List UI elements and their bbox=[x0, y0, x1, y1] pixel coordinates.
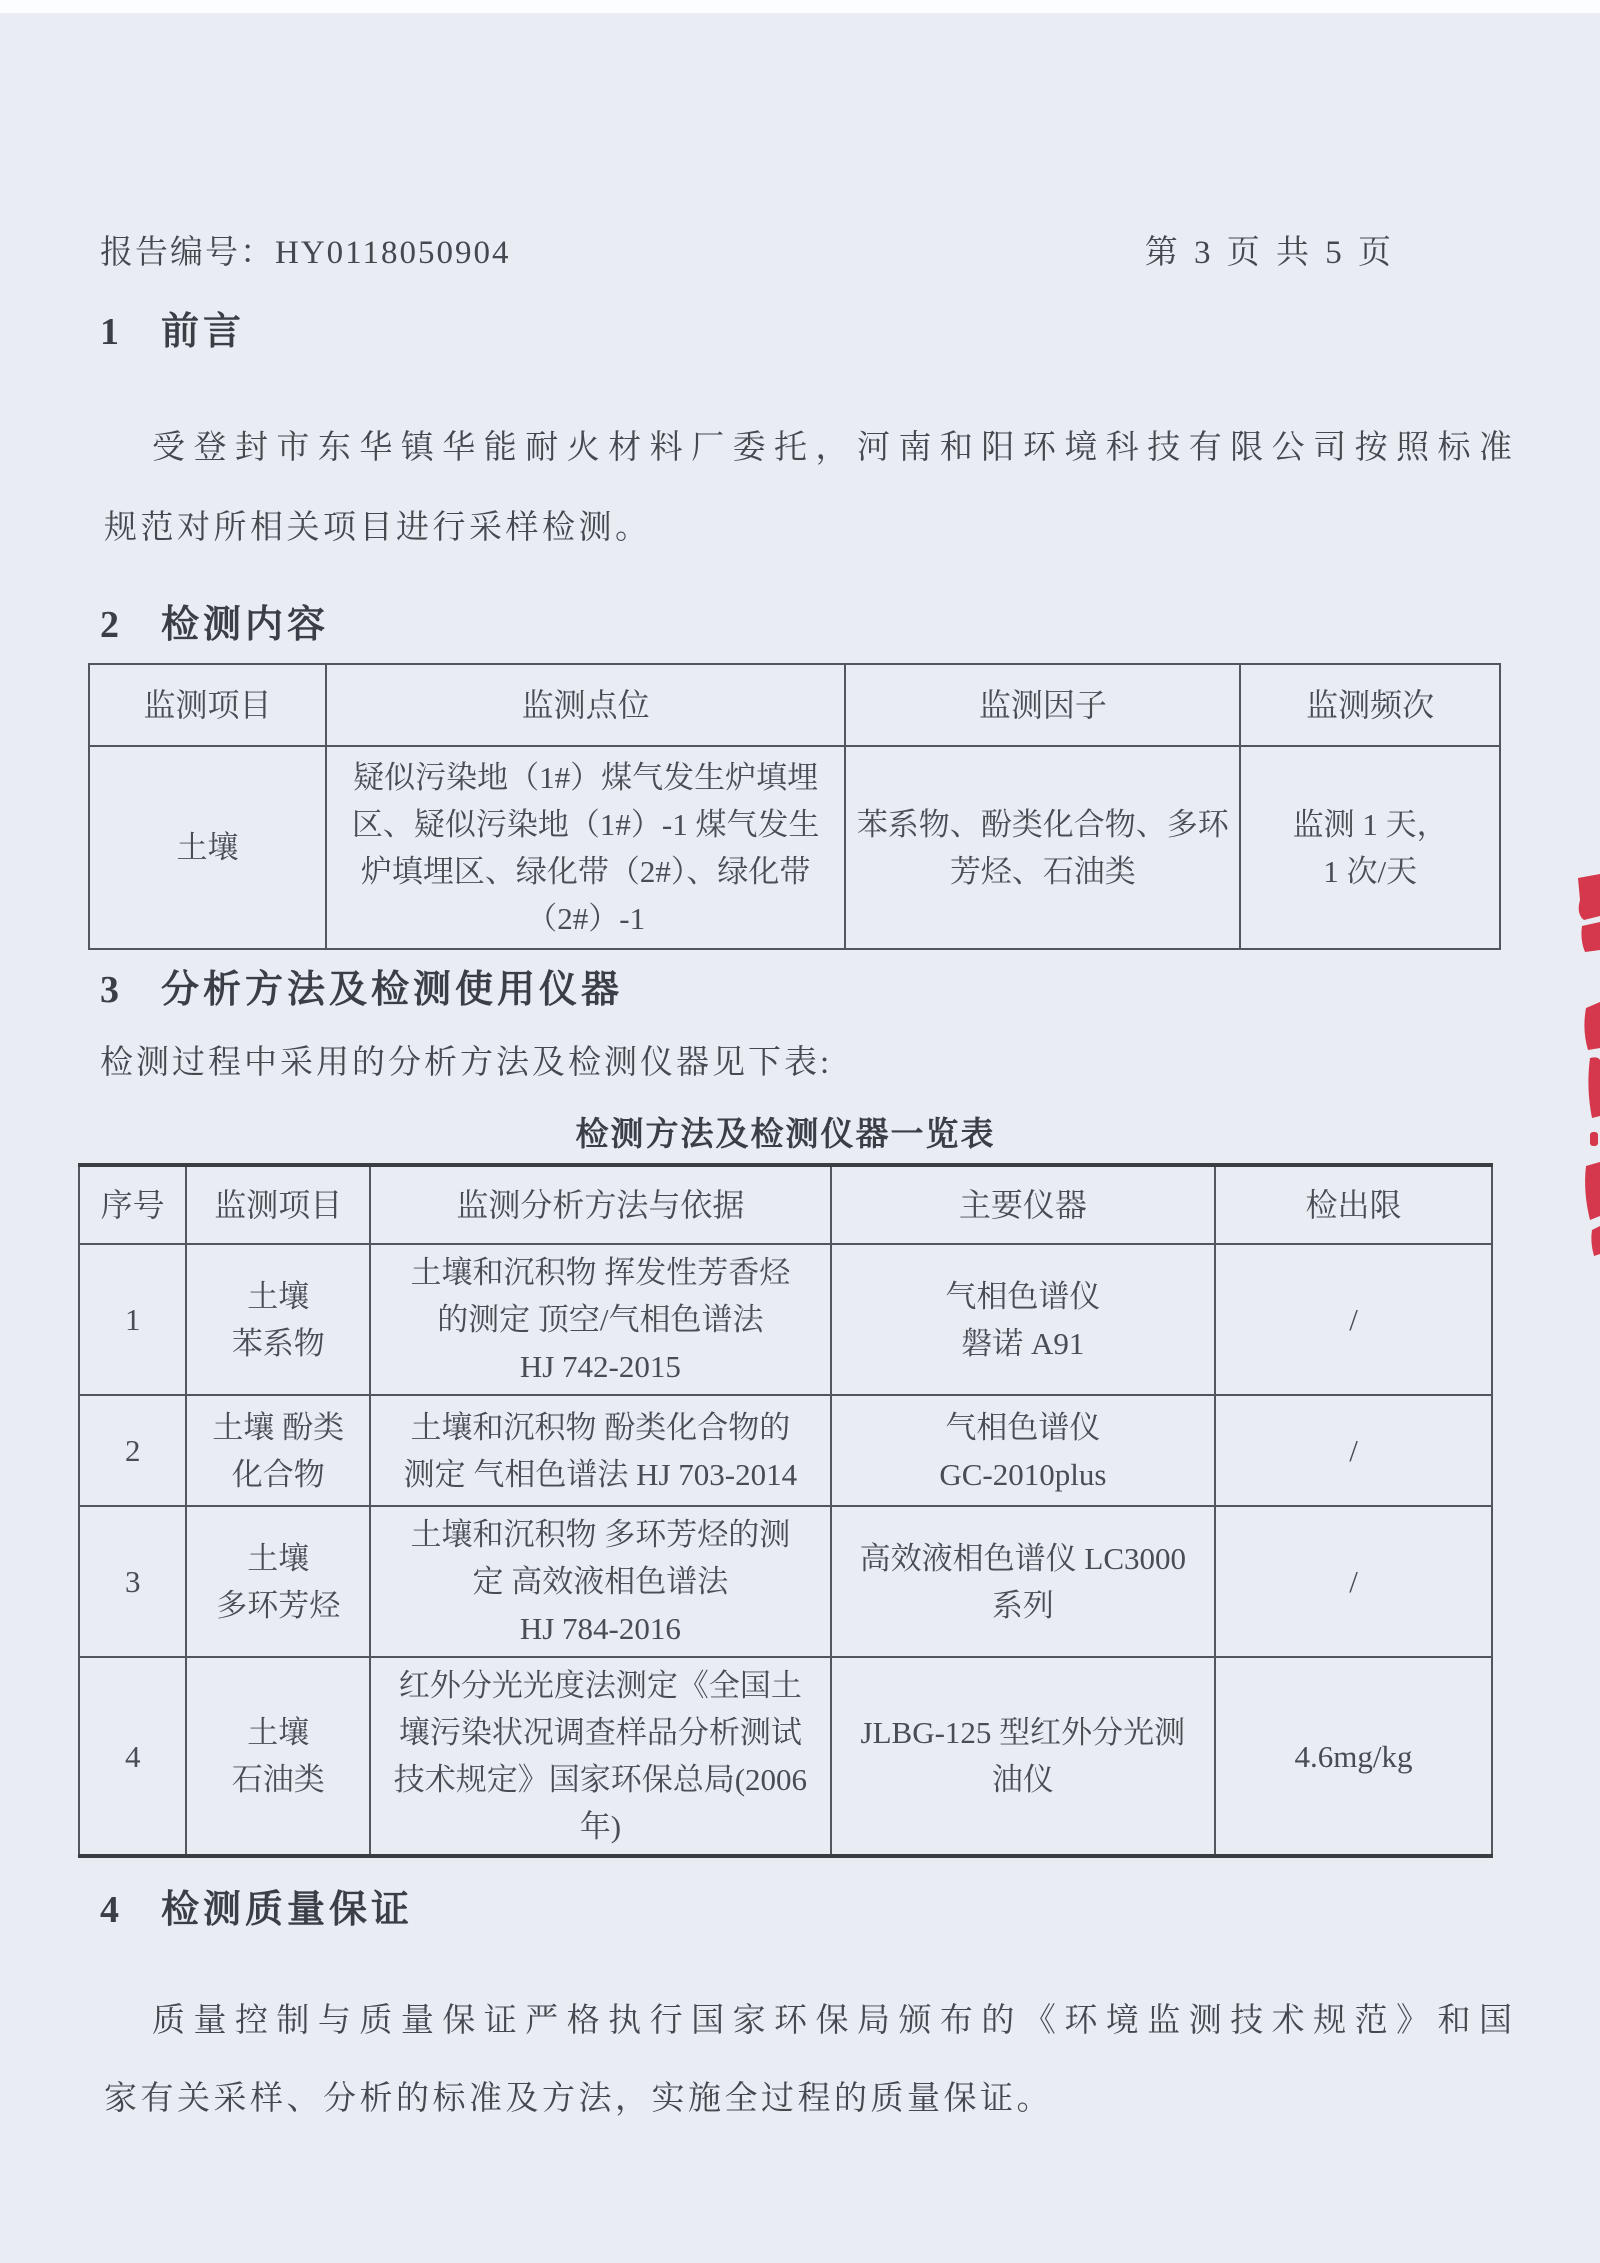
table-row: 土壤 疑似污染地（1#）煤气发生炉填埋 区、疑似污染地（1#）-1 煤气发生 炉… bbox=[89, 746, 1500, 949]
cell-no: 1 bbox=[79, 1244, 186, 1395]
table-row: 4 土壤 石油类 红外分光光度法测定《全国土 壤污染状况调查样品分析测试 技术规… bbox=[79, 1657, 1492, 1856]
col-header-factors: 监测因子 bbox=[845, 664, 1240, 746]
cell-limit: 4.6mg/kg bbox=[1215, 1657, 1492, 1856]
cell-method: 土壤和沉积物 挥发性芳香烃 的测定 顶空/气相色谱法 HJ 742-2015 bbox=[370, 1244, 831, 1395]
section-1-number: 1 bbox=[100, 310, 119, 354]
col-header-method: 监测分析方法与依据 bbox=[370, 1165, 831, 1244]
col-header-frequency: 监测频次 bbox=[1240, 664, 1500, 746]
section-1-heading: 1前言 bbox=[100, 300, 245, 355]
table-row: 1 土壤 苯系物 土壤和沉积物 挥发性芳香烃 的测定 顶空/气相色谱法 HJ 7… bbox=[79, 1244, 1492, 1395]
cell-frequency: 监测 1 天， 1 次/天 bbox=[1240, 746, 1500, 949]
cell-instrument: 高效液相色谱仪 LC3000 系列 bbox=[831, 1506, 1215, 1657]
cell-item: 土壤 bbox=[89, 746, 326, 949]
report-number: 报告编号：HY0118050904 bbox=[100, 226, 510, 273]
red-seal-fragment bbox=[1540, 870, 1600, 1260]
preface-paragraph-line-1: 受登封市东华镇华能耐火材料厂委托，河南和阳环境科技有限公司按照标准 bbox=[152, 423, 1512, 473]
col-header-points: 监测点位 bbox=[326, 664, 845, 746]
scanned-report-page: 报告编号：HY0118050904 第 3 页 共 5 页 1前言 受登封市东华… bbox=[0, 0, 1600, 2263]
methods-instruments-table: 序号 监测项目 监测分析方法与依据 主要仪器 检出限 1 土壤 苯系物 土壤和沉… bbox=[78, 1163, 1493, 1858]
cell-no: 2 bbox=[79, 1395, 186, 1506]
section-2-title: 检测内容 bbox=[161, 604, 329, 646]
cell-method: 土壤和沉积物 多环芳烃的测 定 高效液相色谱法 HJ 784-2016 bbox=[370, 1506, 831, 1657]
table-header-row: 监测项目 监测点位 监测因子 监测频次 bbox=[89, 664, 1500, 746]
section-2-heading: 2检测内容 bbox=[100, 593, 329, 648]
cell-no: 3 bbox=[79, 1506, 186, 1657]
cell-instrument: 气相色谱仪 磐诺 A91 bbox=[831, 1244, 1215, 1395]
section-4-heading: 4检测质量保证 bbox=[100, 1878, 413, 1933]
section-3-heading: 3分析方法及检测使用仪器 bbox=[100, 958, 623, 1013]
cell-points: 疑似污染地（1#）煤气发生炉填埋 区、疑似污染地（1#）-1 煤气发生 炉填埋区… bbox=[326, 746, 845, 949]
cell-method: 土壤和沉积物 酚类化合物的 测定 气相色谱法 HJ 703-2014 bbox=[370, 1395, 831, 1506]
page-indicator: 第 3 页 共 5 页 bbox=[1145, 226, 1395, 273]
col-header-no: 序号 bbox=[79, 1165, 186, 1244]
cell-limit: / bbox=[1215, 1506, 1492, 1657]
cell-factors: 苯系物、酚类化合物、多环 芳烃、石油类 bbox=[845, 746, 1240, 949]
preface-paragraph-line-2: 规范对所相关项目进行采样检测。 bbox=[104, 503, 652, 553]
col-header-item: 监测项目 bbox=[186, 1165, 370, 1244]
cell-limit: / bbox=[1215, 1244, 1492, 1395]
col-header-limit: 检出限 bbox=[1215, 1165, 1492, 1244]
qa-paragraph-line-1: 质量控制与质量保证严格执行国家环保局颁布的《环境监测技术规范》和国 bbox=[152, 1996, 1512, 2046]
monitoring-content-table: 监测项目 监测点位 监测因子 监测频次 土壤 疑似污染地（1#）煤气发生炉填埋 … bbox=[88, 663, 1501, 950]
col-header-item: 监测项目 bbox=[89, 664, 326, 746]
table-row: 2 土壤 酚类 化合物 土壤和沉积物 酚类化合物的 测定 气相色谱法 HJ 70… bbox=[79, 1395, 1492, 1506]
section-4-number: 4 bbox=[100, 1888, 119, 1932]
col-header-instrument: 主要仪器 bbox=[831, 1165, 1215, 1244]
methods-intro-text: 检测过程中采用的分析方法及检测仪器见下表: bbox=[100, 1036, 832, 1083]
section-4-title: 检测质量保证 bbox=[161, 1889, 413, 1931]
methods-table-title: 检测方法及检测仪器一览表 bbox=[78, 1108, 1493, 1155]
cell-item: 土壤 石油类 bbox=[186, 1657, 370, 1856]
section-2-number: 2 bbox=[100, 603, 119, 647]
scan-edge-strip bbox=[0, 0, 1600, 13]
table-row: 3 土壤 多环芳烃 土壤和沉积物 多环芳烃的测 定 高效液相色谱法 HJ 784… bbox=[79, 1506, 1492, 1657]
section-1-title: 前言 bbox=[161, 311, 245, 353]
cell-instrument: 气相色谱仪 GC-2010plus bbox=[831, 1395, 1215, 1506]
section-3-number: 3 bbox=[100, 968, 119, 1012]
section-3-title: 分析方法及检测使用仪器 bbox=[161, 969, 623, 1011]
table-header-row: 序号 监测项目 监测分析方法与依据 主要仪器 检出限 bbox=[79, 1165, 1492, 1244]
cell-limit: / bbox=[1215, 1395, 1492, 1506]
cell-no: 4 bbox=[79, 1657, 186, 1856]
cell-item: 土壤 酚类 化合物 bbox=[186, 1395, 370, 1506]
cell-item: 土壤 多环芳烃 bbox=[186, 1506, 370, 1657]
cell-method: 红外分光光度法测定《全国土 壤污染状况调查样品分析测试 技术规定》国家环保总局(… bbox=[370, 1657, 831, 1856]
cell-item: 土壤 苯系物 bbox=[186, 1244, 370, 1395]
qa-paragraph-line-2: 家有关采样、分析的标准及方法，实施全过程的质量保证。 bbox=[104, 2074, 1053, 2124]
cell-instrument: JLBG-125 型红外分光测 油仪 bbox=[831, 1657, 1215, 1856]
